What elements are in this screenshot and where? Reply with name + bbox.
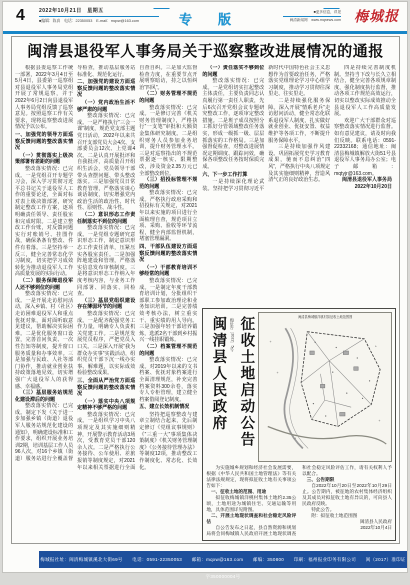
masthead-meta-right: ■更多信息，详见 闽清新闻网 www.mqnews.com xyxy=(283,10,341,23)
body-paragraph: 整改落实情况：已完成。一是党组切实扛起整改主体责任，主要负责同志认真履行第一责任… xyxy=(202,78,264,170)
body-paragraph: 自2022年10月20日至2022年10月29日止。公告期内，被征地的农村集体经… xyxy=(302,483,392,507)
body-paragraph: （一）贯彻落实上级决策部署有差距的问题 xyxy=(15,153,73,166)
land-parcel-map: +++ ++ 闽清县梅城镇洋桃村拟征收土地范围图 xyxy=(258,312,392,462)
masthead-divider xyxy=(3,31,407,34)
body-paragraph: 闽清县退役军人事务局 xyxy=(334,177,396,184)
body-paragraph: 欢迎广大干部群众对巡察整改落实情况进行监督。如有意见建议，请及时向我们反映。联系… xyxy=(334,118,396,177)
notice-body: 为实施城乡规划和经济社会发展需要，根据《中华人民共和国土地管理法》等有关法律法规… xyxy=(206,465,392,537)
body-paragraph: 2022年10月4日 xyxy=(302,525,392,531)
body-paragraph: 三是持续加强作风建设。巩固拓展党史学习教育成果，驰而不息纠治“四风”，严格执行中… xyxy=(268,144,330,184)
article-headline: 闽清县退役军人事务局关于巡察整改进展情况的通报 xyxy=(15,40,396,61)
notice-issuer-vertical: 闽清县人民政府 xyxy=(208,316,229,462)
body-paragraph: （二）意识形态工作责任制落实不到位的问题 xyxy=(77,212,135,225)
svg-text:+: + xyxy=(375,345,377,349)
body-paragraph: 六、下一步工作打算 xyxy=(202,172,264,179)
body-paragraph: （一）党内政治生活不够严肃的问题 xyxy=(77,100,135,113)
article-body-right: （一）责任落实不够到位的问题整改落实情况：已完成。一是党组切实扛起整改主体责任，… xyxy=(202,65,396,305)
section-title: 专版 xyxy=(153,9,257,28)
body-paragraph: 整改落实情况：已完成。一是党组召开专题学习会，深入学习贯彻习近平总书记关于退役军… xyxy=(15,166,73,278)
masthead: 4 2022年10月21日 星期五 ■编辑：陈真 电话：22350053 E-m… xyxy=(3,2,407,31)
body-paragraph: 整改落实情况：已完成。一是严格执行“三会一课”制度，规范党支部主题党日活动，20… xyxy=(77,113,135,212)
notice-vertical-title: 征收土地启动公告 梅征告〔2022〕5号 闽清县人民政府 xyxy=(206,312,258,462)
body-paragraph: 根据县委巡察工作统一部署，2022年3月4日至5月4日，县委第一巡察组对县退役军… xyxy=(15,65,73,131)
editor-line: ■编辑：陈真 电话：22350053 E-mail：mqxw@163.com xyxy=(39,19,169,24)
page-number: 4 xyxy=(16,7,25,25)
body-paragraph: （二）服务保障退役军人还不够到位的问题 xyxy=(15,278,73,291)
svg-text:+: + xyxy=(270,340,272,344)
land-notice-box: 征收土地启动公告 梅征告〔2022〕5号 闽清县人民政府 xyxy=(202,308,396,541)
body-paragraph: 拟征收梅城镇洋桃村集体土地约2.35公顷，土地用途为城镇住宅、交通运输等用地，具… xyxy=(206,495,296,513)
newspaper-logo: 梅城报 xyxy=(354,6,399,27)
notice-top: 征收土地启动公告 梅征告〔2022〕5号 闽清县人民政府 xyxy=(206,312,392,462)
masthead-rule xyxy=(39,16,159,18)
article-right-stack: （一）责任落实不够到位的问题整改落实情况：已完成。一是党组切实扛起整改主体责任，… xyxy=(202,65,396,541)
footer-bar: 梅城报社址：闽清梅城镇溪北大街69号 电话：0591-22350053 邮箱：m… xyxy=(39,551,407,568)
svg-text:+: + xyxy=(379,419,381,423)
article-body-left: 根据县委巡察工作统一部署，2022年3月4日至5月4日，县委第一巡察组对县退役军… xyxy=(15,65,197,541)
notice-title: 征收土地启动公告 xyxy=(236,316,257,462)
body-paragraph: 整改落实情况：已完成。一是配齐配强党务工作力量，明确专人负责机关党建工作。二是规… xyxy=(77,311,135,377)
body-paragraph: 二、加强党的建设方面巡察反馈问题的整改落实情况 xyxy=(77,79,135,99)
body-paragraph: 整改落实情况：已完成。严格执行政府采购和招投标有关规定，对2021年以来实施的项… xyxy=(139,190,197,243)
body-paragraph: 整改落实情况：已完成。对2019年以来的文书档案、优抚对象档案进行全面清理规范，… xyxy=(139,357,197,403)
body-paragraph: 整改落实情况：已完成。一是开展走访慰问活动，深入乡镇、村（社区）走访困难退役军人… xyxy=(15,291,73,390)
body-paragraph: 五、建立长效机制情况 xyxy=(139,404,197,411)
body-paragraph: （一）干部教育培训不够经常的问题 xyxy=(139,265,197,278)
body-paragraph: 2022年10月20日 xyxy=(334,184,396,191)
body-paragraph: 四是持续完善制度机制。坚持当下改与长久立相结合，健全完善各项规章制度，强化制度执… xyxy=(334,65,396,118)
body-paragraph: 四、干部队伍建设方面巡察反馈问题的整改落实情况 xyxy=(139,244,197,264)
body-paragraph: 一、加强党的领导方面巡察反馈问题的整改落实情况 xyxy=(15,132,73,152)
body-paragraph: 为实施城乡规划和经济社会发展需要，根据《中华人民共和国土地管理法》等有关法律法规… xyxy=(206,465,296,489)
body-paragraph: （一）落实中央八项规定精神不够严格的问题 xyxy=(77,399,135,412)
map-drawing: +++ ++ xyxy=(259,313,391,461)
notice-doc-number: 梅征告〔2022〕5号 xyxy=(230,318,235,462)
body-paragraph: （三）基层党组织建设存在薄弱环节的问题 xyxy=(77,298,135,311)
map-caption: 闽清县梅城镇洋桃村拟征收土地范围图 xyxy=(298,314,352,319)
svg-text:+: + xyxy=(277,371,279,375)
article-columns: 根据县委巡察工作统一部署，2022年3月4日至5月4日，县委第一巡察组对县退役军… xyxy=(15,65,396,541)
svg-text:+: + xyxy=(294,437,296,441)
masthead-rule-small xyxy=(283,16,341,17)
body-paragraph: （二）财务管理不规范的问题 xyxy=(139,91,197,104)
body-paragraph: （二）档案管理不规范的问题 xyxy=(139,344,197,357)
newspaper-page: 4 2022年10月21日 星期五 ■编辑：陈真 电话：22350053 E-m… xyxy=(2,1,408,573)
more-info-line: ■更多信息，详见 xyxy=(283,10,341,15)
body-paragraph: 坚持把巡察整改与建章立制结合起来，先后制定修订《党组议事规则》《“三重一大”事项… xyxy=(139,412,197,471)
body-paragraph: 二、开展土地现状调查和社会稳定风险评估 xyxy=(206,513,296,525)
body-paragraph: 二是持续强化服务保障。深入开展“情系老兵”走访慰问活动，健全常态化联系退役军人制… xyxy=(268,98,330,144)
body-paragraph: 整改落实情况：已完成。一是制定年度干部教育培训计划，分批组织干部职工参加政治理论… xyxy=(139,278,197,344)
body-paragraph: 整改落实情况：已完成。一是党组专题研究意识形态工作，制定意识形态工作责任清单，压… xyxy=(77,225,135,298)
body-paragraph: 整改落实情况：已完成。一是修订完善《机关财务管理制度》，严格执行“一支笔”审批和… xyxy=(139,105,197,178)
website-line: 闽清新闻网 www.mqnews.com xyxy=(283,18,341,23)
body-paragraph: （三）基层服务站规范化建设滞后的问题 xyxy=(15,390,73,403)
body-paragraph: （一）责任落实不够到位的问题 xyxy=(202,65,264,78)
body-paragraph: （三）招投标管理不规范的问题 xyxy=(139,177,197,190)
body-paragraph: 三、全面从严治党方面巡察反馈问题的整改落实情况 xyxy=(77,378,135,398)
article-frame: 闽清县退役军人事务局关于巡察整改进展情况的通报 根据县委巡察工作统一部署，202… xyxy=(11,36,400,544)
